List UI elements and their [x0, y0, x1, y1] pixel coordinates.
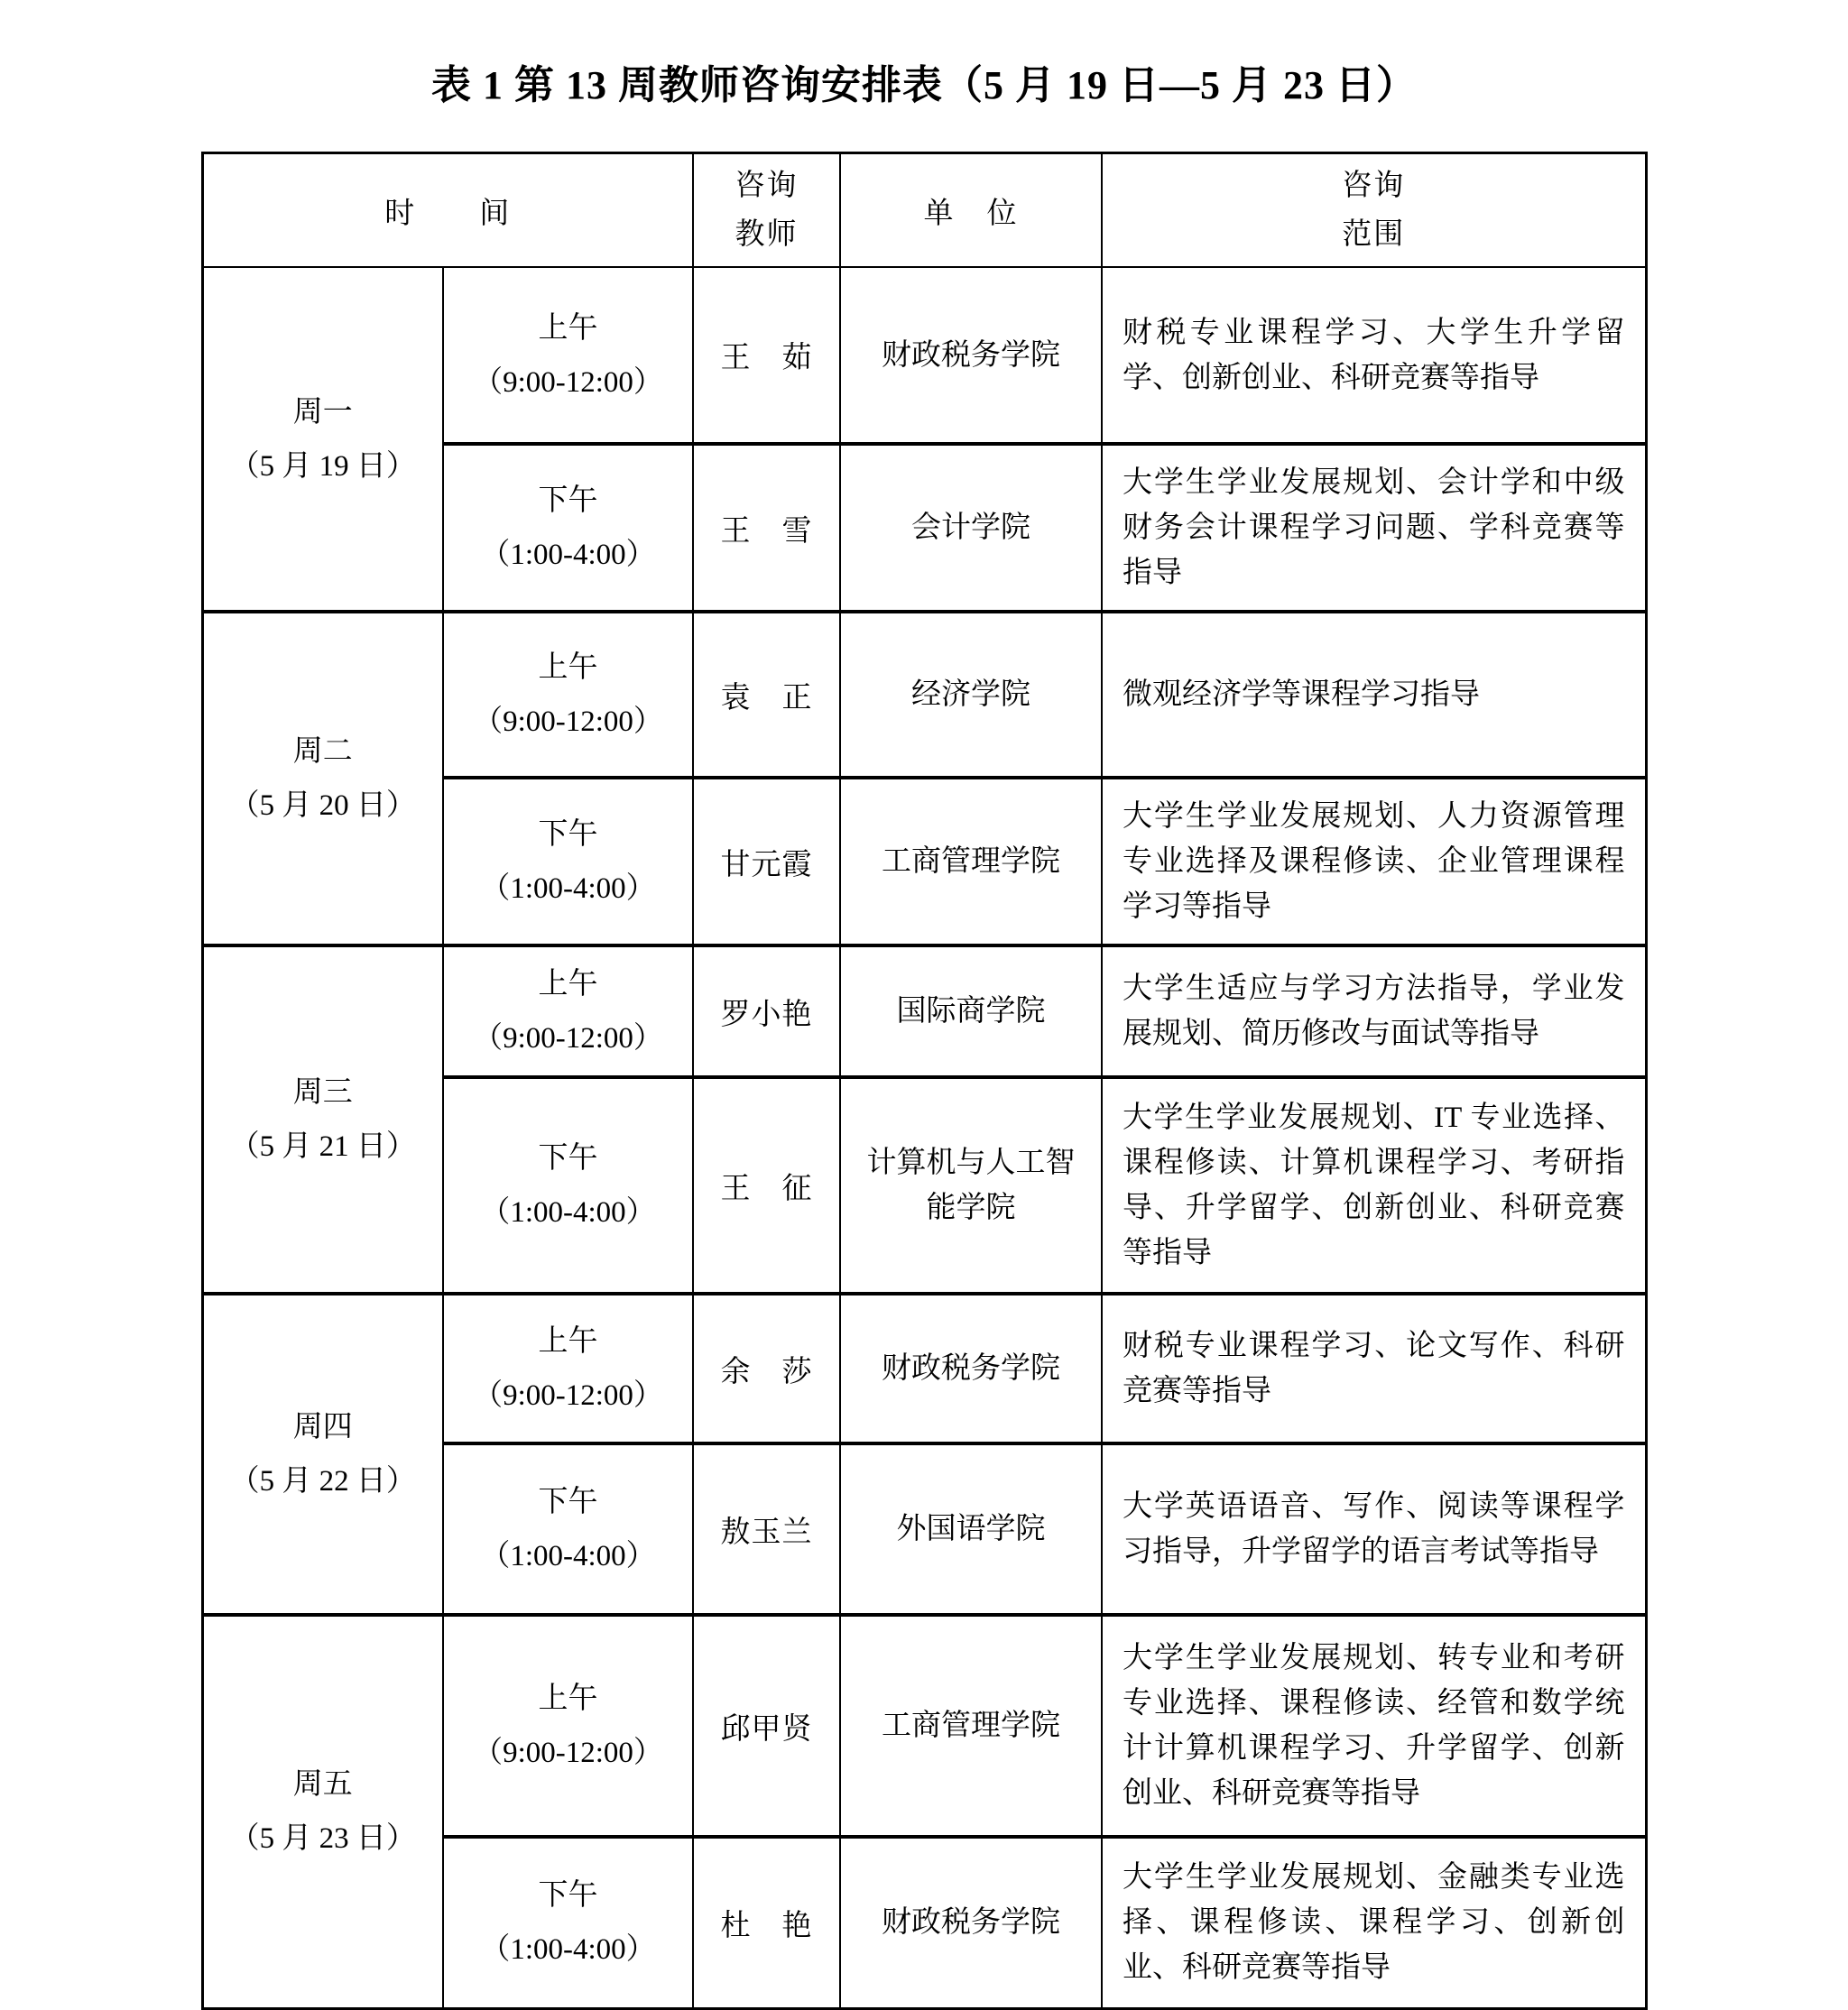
scope-cell: 大学生学业发展规划、人力资源管理专业选择及课程修读、企业管理课程学习等指导 [1102, 778, 1646, 945]
day-cell-tuesday: 周二 （5 月 20 日） [202, 612, 443, 945]
table-row: 周二 （5 月 20 日） 上午 （9:00-12:00） 袁 正 经济学院 微… [202, 612, 1646, 778]
period-label: 下午 [451, 1475, 685, 1529]
consultation-schedule-table: 时 间 咨询 教师 单 位 咨询 范围 周一 （5 月 19 日） 上午 [201, 152, 1648, 2010]
unit-cell: 工商管理学院 [840, 1615, 1102, 1837]
day-cell-thursday: 周四 （5 月 22 日） [202, 1294, 443, 1615]
table-header-row: 时 间 咨询 教师 单 位 咨询 范围 [202, 153, 1646, 268]
day-cell-friday: 周五 （5 月 23 日） [202, 1615, 443, 2008]
period-label: 上午 [451, 957, 685, 1011]
time-range-label: （9:00-12:00） [451, 1369, 685, 1423]
table-row: 周四 （5 月 22 日） 上午 （9:00-12:00） 余 莎 财政税务学院… [202, 1294, 1646, 1443]
time-range-label: （1:00-4:00） [451, 1922, 685, 1977]
unit-cell: 外国语学院 [840, 1443, 1102, 1615]
unit-cell: 财政税务学院 [840, 1294, 1102, 1443]
time-cell: 下午 （1:00-4:00） [443, 1077, 693, 1294]
day-cell-wednesday: 周三 （5 月 21 日） [202, 945, 443, 1294]
header-teacher-line2: 教师 [701, 210, 832, 259]
scope-cell: 大学生学业发展规划、IT 专业选择、课程修读、计算机课程学习、考研指导、升学留学… [1102, 1077, 1646, 1294]
teacher-cell: 罗小艳 [693, 945, 840, 1077]
time-range-label: （9:00-12:00） [451, 355, 685, 410]
teacher-cell: 王 征 [693, 1077, 840, 1294]
header-scope: 咨询 范围 [1102, 153, 1646, 268]
teacher-cell: 王 雪 [693, 444, 840, 612]
period-label: 上午 [451, 1672, 685, 1726]
time-range-label: （1:00-4:00） [451, 1185, 685, 1240]
time-range-label: （1:00-4:00） [451, 862, 685, 916]
teacher-cell: 王 茹 [693, 267, 840, 444]
header-time: 时 间 [202, 153, 693, 268]
teacher-cell: 敖玉兰 [693, 1443, 840, 1615]
time-cell: 下午 （1:00-4:00） [443, 1443, 693, 1615]
time-cell: 下午 （1:00-4:00） [443, 444, 693, 612]
day-label: 周五 [211, 1757, 436, 1812]
period-label: 上午 [451, 301, 685, 355]
table-row: 周五 （5 月 23 日） 上午 （9:00-12:00） 邱甲贤 工商管理学院… [202, 1615, 1646, 1837]
date-label: （5 月 23 日） [211, 1812, 436, 1866]
time-range-label: （1:00-4:00） [451, 1529, 685, 1583]
unit-cell: 国际商学院 [840, 945, 1102, 1077]
date-label: （5 月 20 日） [211, 779, 436, 833]
day-label: 周一 [211, 385, 436, 439]
header-teacher-line1: 咨询 [701, 161, 832, 210]
teacher-cell: 邱甲贤 [693, 1615, 840, 1837]
date-label: （5 月 19 日） [211, 439, 436, 493]
period-label: 上午 [451, 1314, 685, 1369]
period-label: 下午 [451, 1868, 685, 1922]
scope-cell: 财税专业课程学习、大学生升学留学、创新创业、科研竞赛等指导 [1102, 267, 1646, 444]
period-label: 下午 [451, 807, 685, 862]
unit-cell: 工商管理学院 [840, 778, 1102, 945]
day-label: 周二 [211, 724, 436, 779]
scope-cell: 财税专业课程学习、论文写作、科研竞赛等指导 [1102, 1294, 1646, 1443]
time-cell: 下午 （1:00-4:00） [443, 778, 693, 945]
header-unit: 单 位 [840, 153, 1102, 268]
scope-cell: 大学英语语音、写作、阅读等课程学习指导，升学留学的语言考试等指导 [1102, 1443, 1646, 1615]
header-scope-line1: 咨询 [1110, 161, 1638, 210]
time-range-label: （9:00-12:00） [451, 695, 685, 749]
header-scope-line2: 范围 [1110, 210, 1638, 259]
scope-cell: 微观经济学等课程学习指导 [1102, 612, 1646, 778]
day-label: 周三 [211, 1065, 436, 1120]
document-page: 表 1 第 13 周教师咨询安排表（5 月 19 日—5 月 23 日） 时 间… [0, 0, 1848, 2010]
date-label: （5 月 22 日） [211, 1454, 436, 1508]
teacher-cell: 袁 正 [693, 612, 840, 778]
date-label: （5 月 21 日） [211, 1120, 436, 1174]
unit-cell: 财政税务学院 [840, 267, 1102, 444]
teacher-cell: 余 莎 [693, 1294, 840, 1443]
day-cell-monday: 周一 （5 月 19 日） [202, 267, 443, 612]
period-label: 下午 [451, 474, 685, 528]
teacher-cell: 甘元霞 [693, 778, 840, 945]
time-cell: 上午 （9:00-12:00） [443, 1615, 693, 1837]
scope-cell: 大学生适应与学习方法指导，学业发展规划、简历修改与面试等指导 [1102, 945, 1646, 1077]
unit-cell: 经济学院 [840, 612, 1102, 778]
day-label: 周四 [211, 1400, 436, 1454]
unit-cell: 财政税务学院 [840, 1837, 1102, 2008]
scope-cell: 大学生学业发展规划、金融类专业选择、课程修读、课程学习、创新创业、科研竞赛等指导 [1102, 1837, 1646, 2008]
scope-cell: 大学生学业发展规划、转专业和考研专业选择、课程修读、经管和数学统计计算机课程学习… [1102, 1615, 1646, 1837]
unit-cell: 会计学院 [840, 444, 1102, 612]
time-cell: 上午 （9:00-12:00） [443, 1294, 693, 1443]
time-range-label: （9:00-12:00） [451, 1011, 685, 1065]
time-cell: 上午 （9:00-12:00） [443, 612, 693, 778]
header-teacher: 咨询 教师 [693, 153, 840, 268]
time-cell: 下午 （1:00-4:00） [443, 1837, 693, 2008]
time-cell: 上午 （9:00-12:00） [443, 267, 693, 444]
teacher-cell: 杜 艳 [693, 1837, 840, 2008]
period-label: 下午 [451, 1131, 685, 1185]
time-range-label: （1:00-4:00） [451, 528, 685, 582]
period-label: 上午 [451, 641, 685, 695]
table-row: 周三 （5 月 21 日） 上午 （9:00-12:00） 罗小艳 国际商学院 … [202, 945, 1646, 1077]
scope-cell: 大学生学业发展规划、会计学和中级财务会计课程学习问题、学科竞赛等指导 [1102, 444, 1646, 612]
time-cell: 上午 （9:00-12:00） [443, 945, 693, 1077]
unit-cell: 计算机与人工智能学院 [840, 1077, 1102, 1294]
time-range-label: （9:00-12:00） [451, 1726, 685, 1780]
table-row: 周一 （5 月 19 日） 上午 （9:00-12:00） 王 茹 财政税务学院… [202, 267, 1646, 444]
document-title: 表 1 第 13 周教师咨询安排表（5 月 19 日—5 月 23 日） [0, 52, 1848, 110]
